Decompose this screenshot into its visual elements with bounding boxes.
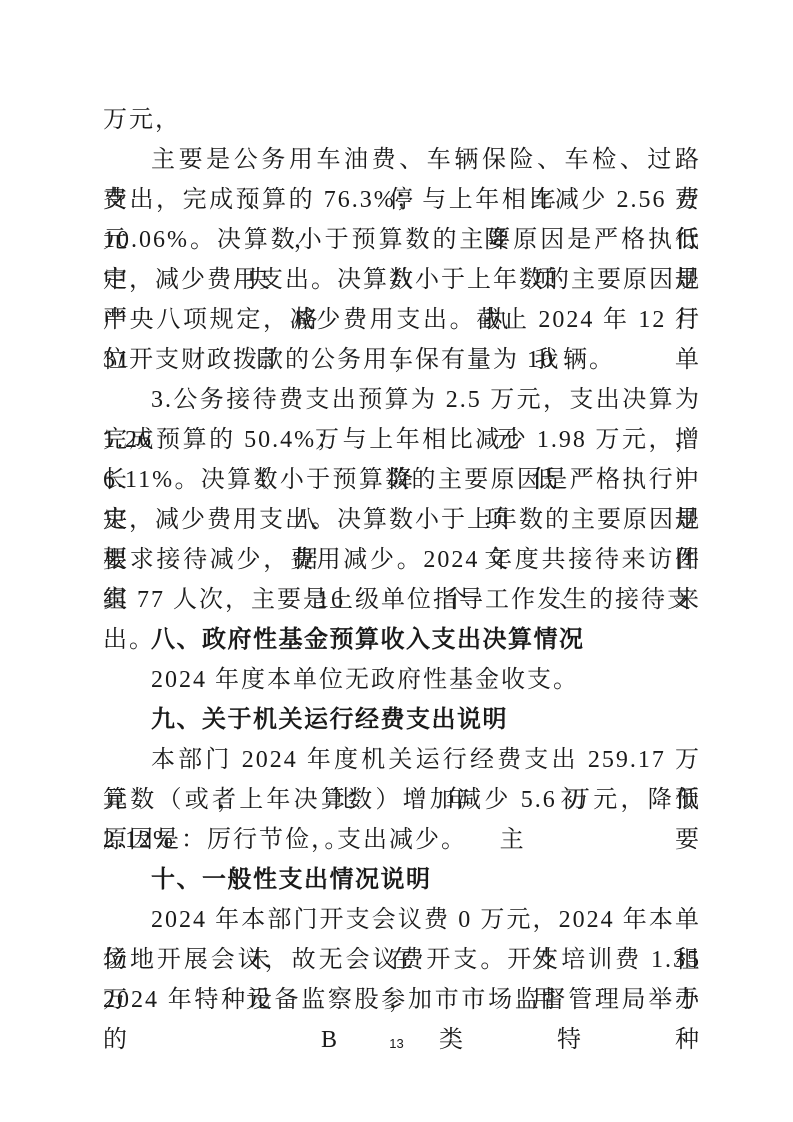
section-heading-line: 九、关于机关运行经费支出说明: [103, 700, 701, 740]
paragraph-line: 支出，完成预算的 76.3%；与上年相比减少 2.56 万元，降低: [103, 180, 701, 220]
paragraph-line: 要求接待减少，费用减少。2024 年度共接待来访团组 16 个、来: [103, 540, 701, 580]
document-page: 万元，主要是公务用车油费、车辆保险、车检、过路费、停车费支出，完成预算的 76.…: [0, 0, 793, 1122]
section-heading-line: 十、一般性支出情况说明: [103, 860, 701, 900]
paragraph-line: 中央八项规定，减少费用支出。截止 2024 年 12 月 31 日，我单: [103, 300, 701, 340]
paragraph-line: 定，减少费用支出。决算数小于上年数的主要原因是严格执行: [103, 260, 701, 300]
document-content: 万元，主要是公务用车油费、车辆保险、车检、过路费、停车费支出，完成预算的 76.…: [103, 100, 701, 1020]
paragraph-line: 定，减少费用支出。决算数小于上年数的主要原因是根据文件: [103, 500, 701, 540]
paragraph-line: 宾 77 人次，主要是上级单位指导工作发生的接待支出。: [103, 580, 701, 620]
paragraph-line: 3.公务接待费支出预算为 2.5 万元，支出决算为 1.26 万元，: [103, 380, 701, 420]
paragraph-line: 位开支财政拨款的公务用车保有量为 10 辆。: [103, 340, 701, 380]
paragraph-line: 2024 年特种设备监察股参加市市场监督管理局举办的 B 类特种: [103, 980, 701, 1020]
paragraph-line: 本部门 2024 年度机关运行经费支出 259.17 万元，比年初预: [103, 740, 701, 780]
page-number: 13: [0, 1036, 793, 1051]
paragraph-line: 万元，: [103, 100, 701, 140]
paragraph-line: 10.06%。决算数小于预算数的主要原因是严格执行中央八项规: [103, 220, 701, 260]
paragraph-line: 算数（或者上年决算数）增加减少 5.6 万元，降低 2.12%。主要: [103, 780, 701, 820]
paragraph-line: 完成预算的 50.4%；与上年相比减少 1.98 万元，增长（降低）: [103, 420, 701, 460]
section-heading-line: 八、政府性基金预算收入支出决算情况: [103, 620, 701, 660]
paragraph-line: 6.11%。决算数小于预算数的主要原因是严格执行中央八项规: [103, 460, 701, 500]
paragraph-line: 场地开展会议，故无会议费开支。开支培训费 1.35 万元，用于: [103, 940, 701, 980]
paragraph-line: 2024 年本部门开支会议费 0 万元，2024 年本单位未在外租: [103, 900, 701, 940]
paragraph-line: 主要是公务用车油费、车辆保险、车检、过路费、停车费: [103, 140, 701, 180]
paragraph-line: 2024 年度本单位无政府性基金收支。: [103, 660, 701, 700]
